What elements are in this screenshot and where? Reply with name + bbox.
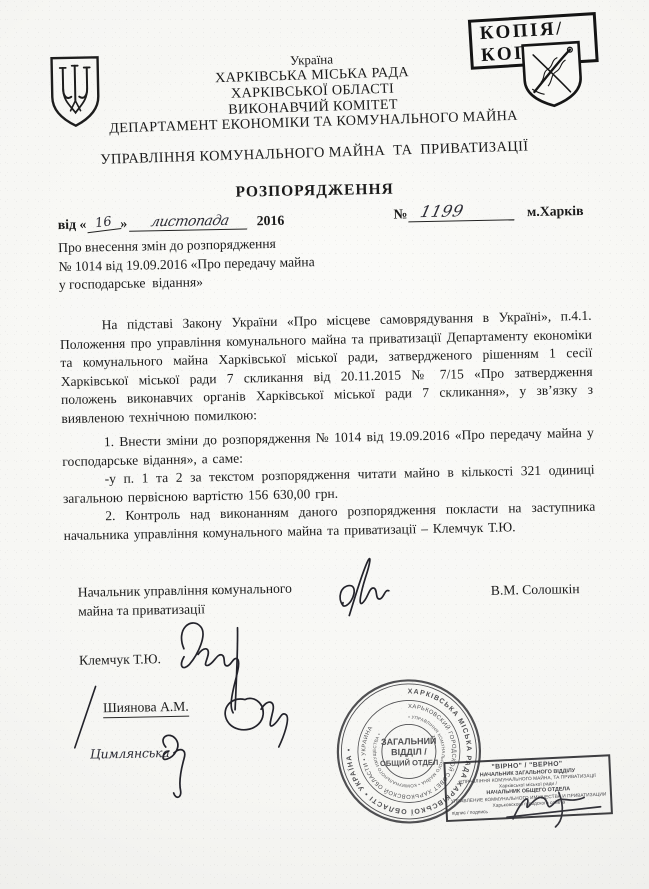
date-prefix: від « [58, 217, 87, 233]
subject-block: Про внесення змін до розпорядження № 101… [58, 234, 315, 295]
seal-center-line1: ЗАГАЛЬНИЙ [381, 735, 437, 747]
date-line: від «16» листопада2016 [58, 213, 285, 234]
date-month-handwritten: листопада [129, 212, 250, 231]
date-day-handwritten: 16 [85, 213, 121, 233]
paragraph-text: На підставі Закону України «Про місцеве … [60, 307, 594, 429]
seal-center-line2: ВІДДІЛ / [391, 747, 427, 758]
agreement-shyianova-label: Шиянова А.М. [103, 699, 189, 719]
body-items: 1. Внести зміни до розпорядження № 1014 … [62, 424, 596, 546]
agreement-klemchuk-label: Клемчук Т.Ю. [79, 651, 161, 669]
date-year: 2016 [257, 213, 285, 229]
signature-shyianova [213, 687, 292, 750]
verify-stamp-signature [504, 785, 606, 832]
subject-line-3: у господарське відання» [59, 271, 315, 295]
body-paragraph-legal-basis: На підставі Закону України «Про місцеве … [60, 307, 594, 429]
document-number-handwritten: 1199 [409, 200, 520, 222]
verify-stamp-signature-label: підпис / подпись [452, 810, 488, 817]
letterhead-department: УПРАВЛІННЯ КОМУНАЛЬНОГО МАЙНА ТА ПРИВАТИ… [0, 135, 634, 171]
signature-tsymlianska [147, 731, 196, 802]
seal-center-line3: ОБЩИЙ ОТДЕЛ [380, 758, 438, 768]
number-line: № 1199м.Харків [393, 200, 583, 224]
signer-name: В.М. Солошкін [491, 581, 580, 599]
document-content: КОПІЯ/ КОПИЯ Україна ХАРКІВСЬКА МІСЬКА Р… [0, 0, 649, 889]
letterhead: Україна ХАРКІВСЬКА МІСЬКА РАДА ХАРКІВСЬК… [0, 42, 634, 171]
verify-stamp: "ВІРНО" / "ВЕРНО" НАЧАЛЬНИК ЗАГАЛЬНОГО В… [443, 754, 613, 822]
pen-slash-mark [69, 684, 102, 751]
number-label: № [393, 206, 407, 221]
scanned-document-page: КОПІЯ/ КОПИЯ Україна ХАРКІВСЬКА МІСЬКА Р… [0, 0, 649, 889]
signature-soloshkin [332, 555, 393, 620]
city-label: м.Харків [527, 203, 584, 219]
